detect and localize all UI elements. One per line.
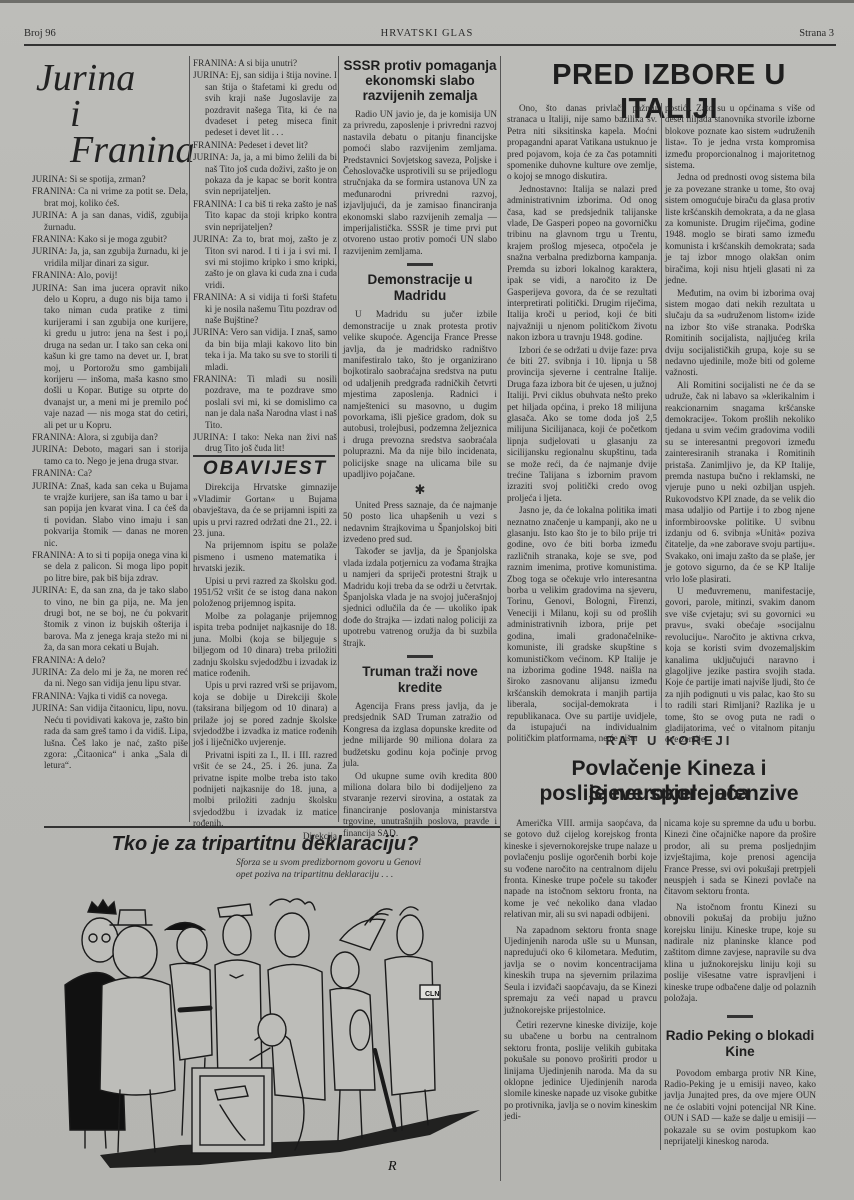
- italy-paragraph: postići. Zato su u općinama s više od de…: [665, 103, 815, 171]
- italy-col-a: Ono, što danas privlači pažnju stranaca …: [507, 103, 657, 746]
- dialog-line: JURINA: Za to, brat moj, zašto je z Tito…: [193, 234, 337, 291]
- italy-paragraph: Izbori će se održati u dvije faze: prva …: [507, 345, 657, 505]
- korea-paragraph: Četiri rezervne kineske divizije, koje s…: [504, 1020, 657, 1123]
- dialog-line: FRANINA: Pedeset i devet lit?: [193, 140, 337, 151]
- column-divider: [189, 56, 190, 822]
- peking-headline: Radio Peking o blokadi Kine: [664, 1028, 816, 1060]
- notice-paragraph: Privatni ispiti za I., II. i III. razred…: [193, 750, 337, 830]
- korea-kicker: RAT U KOREJI: [504, 733, 834, 748]
- dialog-line: FRANINA: A to si ti popija onega vina ki…: [32, 550, 188, 584]
- italy-paragraph: Ono, što danas privlači pažnju stranaca …: [507, 103, 657, 183]
- madrid-paragraph: United Press saznaje, da će najmanje 50 …: [343, 500, 497, 546]
- notice-paragraph: Molbe za polaganje prijemnog ispita treb…: [193, 611, 337, 679]
- dialog-line: FRANINA: Vajka ti vidiš ca novega.: [32, 691, 188, 702]
- truman-paragraph: Od ukupne sume ovih kredita 800 miliona …: [343, 771, 497, 839]
- cartoon-caption-line2: opet poziva na tripartitnu deklaraciju .…: [236, 869, 498, 881]
- newspaper-page: Broj 96 HRVATSKI GLAS Strana 3 Jurina i …: [0, 0, 854, 1200]
- notice-paragraph: Upis u prvi razred vrši se prijavom, koj…: [193, 680, 337, 748]
- peking-body: Povodom embarga protiv NR Kine, Radio-Pe…: [664, 1068, 816, 1148]
- dialog-line: JURINA: Vero san vidija. I znaš, samo da…: [193, 327, 337, 373]
- italy-paragraph: U međuvremenu, manifestacije, govori, pa…: [665, 586, 815, 746]
- italy-paragraph: Jasno je, da će lokalna politika imati n…: [507, 505, 657, 745]
- obavijest-title: OBAVIJEST: [193, 463, 337, 474]
- cartoon-title: Tko je za tripartitnu deklaraciju?: [40, 833, 490, 856]
- italy-paragraph: Međutim, na ovim bi izborima ovaj sistem…: [665, 288, 815, 379]
- sssr-headline: SSSR protiv pomaganja ekonomski slabo ra…: [343, 58, 497, 103]
- italy-paragraph: Jedna od prednosti ovog sistema bila je …: [665, 172, 815, 286]
- dialog-line: JURINA: I tako: Neka nan živi naš drug T…: [193, 432, 337, 455]
- dialog-line: FRANINA: Alora, si zgubija dan?: [32, 432, 188, 443]
- dialog-line: JURINA: San ima jucera opravit niko delo…: [32, 283, 188, 431]
- dialog-line: FRANINA: Alo, povij!: [32, 270, 188, 281]
- dialog-line: JURINA: Znaš, kada san ceka u Bujama te …: [32, 481, 188, 549]
- dialog-line: FRANINA: A delo?: [32, 655, 188, 666]
- column-divider: [338, 56, 339, 822]
- dialog-line: FRANINA: Ca ni vrime za potit se. Dela, …: [32, 186, 188, 209]
- cartoon-caption-line1: Sforza se u svom predizbornom govoru u G…: [236, 857, 498, 869]
- dialog-line: JURINA: San vidija čitaonicu, lipu, novu…: [32, 703, 188, 771]
- dialog-line: JURINA: Deboto, magari san i storija tam…: [32, 444, 188, 467]
- notice-paragraph: Upisi u prvi razred za školsku god. 1951…: [193, 576, 337, 610]
- artist-signature: R: [387, 1159, 397, 1174]
- dialog-line: FRANINA: Kako si je moga zgubit?: [32, 234, 188, 245]
- dialog-line: FRANINA: Ti mladi su nosili pozdrave, ma…: [193, 374, 337, 431]
- column-divider: [661, 103, 662, 708]
- feature-title-line1: Jurina: [36, 60, 188, 96]
- asterisk-separator-icon: ✱: [343, 484, 497, 495]
- dialog-line: JURINA: Za delo mi je ža, ne moren reć d…: [32, 667, 188, 690]
- obavijest-notice: OBAVIJEST Direkcija Hrvatske gimnazije »…: [193, 463, 337, 843]
- italy-paragraph: Ali Romitini socijalisti ne će da se udr…: [665, 380, 815, 585]
- notice-paragraph: Na prijemnom ispitu se polaže pismeno i …: [193, 540, 337, 574]
- cartoon-sign-label: CLN: [425, 991, 439, 998]
- separator-dash: [407, 263, 433, 266]
- column-divider: [660, 818, 661, 1150]
- dialog-line: JURINA: Si se spotija, zrman?: [32, 174, 188, 185]
- section-rule: [44, 826, 500, 828]
- korea-paragraph: Na istočnom frontu Kinezi su obnovili po…: [664, 902, 816, 1005]
- madrid-paragraph: Također se javlja, da je Španjolska vlad…: [343, 546, 497, 649]
- dialog-line: JURINA: Ja, ja, san zgubija žurnadu, ki …: [32, 246, 188, 269]
- korea-col-a: Američka VIII. armija saopćava, da se go…: [504, 818, 657, 1124]
- dialog-line: JURINA: Ej, san sidija i štija novine. I…: [193, 70, 337, 138]
- feature-title-line2: i Franina: [70, 96, 188, 168]
- madrid-headline: Demonstracije u Madridu: [343, 272, 497, 304]
- jurina-franina-col2: FRANINA: A si bija unutri? JURINA: Ej, s…: [193, 58, 337, 456]
- dialog-line: FRANINA: I ca biš ti reka zašto je naš T…: [193, 199, 337, 233]
- separator-dash: [727, 1015, 753, 1018]
- political-cartoon-illustration: CLN R: [40, 890, 495, 1180]
- news-column-3: SSSR protiv pomaganja ekonomski slabo ra…: [343, 58, 497, 840]
- sssr-body: Radio UN javio je, da je komisija UN za …: [343, 109, 497, 257]
- truman-headline: Truman traži nove kredite: [343, 664, 497, 696]
- notice-paragraph: Direkcija Hrvatske gimnazije »Vladimir G…: [193, 482, 337, 539]
- dialog-line: JURINA: A ja san danas, vidiš, zgubija ž…: [32, 210, 188, 233]
- madrid-paragraph: U Madridu su jučer izbile demonstracije …: [343, 309, 497, 480]
- korea-headline-line2: poslije neuspjele ofenzive: [504, 781, 834, 806]
- page-top-edge: [0, 0, 854, 3]
- korea-paragraph: Na zapadnom sektoru fronta snage Ujedinj…: [504, 925, 657, 1016]
- dialog-line: FRANINA: A si bija unutri?: [193, 58, 337, 69]
- dialog-line: FRANINA: Ca?: [32, 468, 188, 479]
- separator-dash: [407, 655, 433, 658]
- jurina-franina-col1: Jurina i Franina JURINA: Si se spotija, …: [32, 60, 188, 773]
- korea-paragraph: Američka VIII. armija saopćava, da se go…: [504, 818, 657, 921]
- dialog-line: JURINA: E, da san zna, da je tako slabo …: [32, 585, 188, 653]
- truman-paragraph: Agencija Frans press javlja, da je preds…: [343, 701, 497, 769]
- italy-paragraph: Jednostavno: Italija se nalazi pred admi…: [507, 184, 657, 344]
- page-number: Strana 3: [799, 28, 834, 39]
- korea-paragraph: nicama koje su spremne da uđu u borbu. K…: [664, 818, 816, 898]
- paper-name: HRVATSKI GLAS: [0, 28, 854, 39]
- header-rule: [24, 44, 836, 46]
- korea-col-b: nicama koje su spremne da uđu u borbu. K…: [664, 818, 816, 1148]
- dialog-line: JURINA: Ja, ja, a mi bimo želili da bi n…: [193, 152, 337, 198]
- section-rule: [193, 455, 335, 457]
- cartoon-caption: Sforza se u svom predizbornom govoru u G…: [236, 857, 498, 881]
- column-divider: [500, 56, 501, 1181]
- italy-col-b: postići. Zato su u općinama s više od de…: [665, 103, 815, 747]
- dialog-line: FRANINA: A si vidija ti forši štafetu ki…: [193, 292, 337, 326]
